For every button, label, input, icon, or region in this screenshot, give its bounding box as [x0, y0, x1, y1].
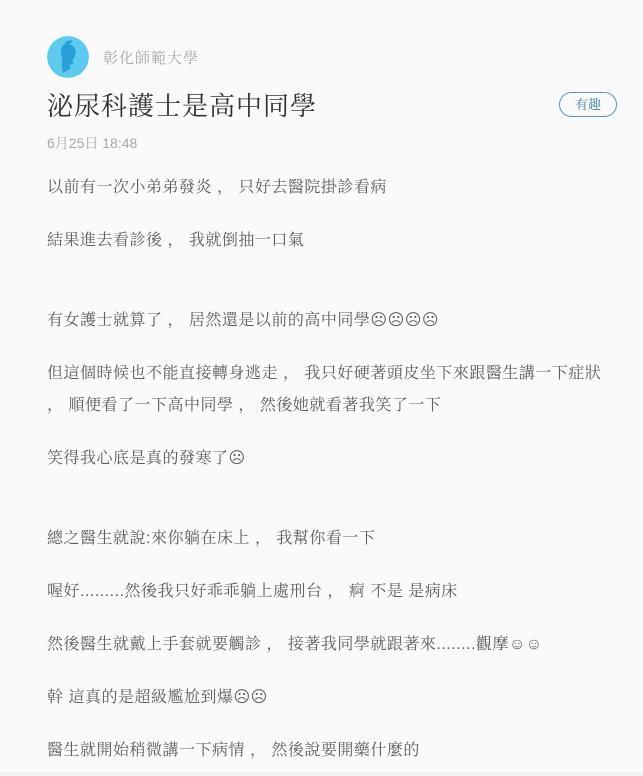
post-paragraph: 有女護士就算了 ， 居然還是以前的高中同學☹☹☹☹ — [47, 305, 619, 337]
post-paragraph: 幹 這真的是超級尷尬到爆☹☹ — [47, 682, 619, 714]
title-row: 泌尿科護士是高中同學 有趣 — [47, 88, 617, 124]
post-body: 以前有一次小弟弟發炎 ， 只好去醫院掛診看病 結果進去看診後 ， 我就倒抽一口氣… — [47, 172, 619, 767]
post-paragraph: 以前有一次小弟弟發炎 ， 只好去醫院掛診看病 — [47, 172, 619, 204]
school-name: 彰化師範大學 — [103, 47, 199, 68]
user-avatar[interactable] — [47, 36, 89, 78]
post-title: 泌尿科護士是高中同學 — [47, 88, 317, 124]
post-paragraph: 笑得我心底是真的發寒了☹ — [47, 443, 619, 475]
post-page: 彰化師範大學 泌尿科護士是高中同學 有趣 6月25日 18:48 以前有一次小弟… — [0, 0, 643, 776]
post-paragraph: 總之醫生就說:來你躺在床上 ， 我幫你看一下 — [47, 523, 619, 555]
topic-badge[interactable]: 有趣 — [559, 92, 617, 117]
post-paragraph: 喔好.........然後我只好乖乖躺上處刑台 ， 痾 不是 是病床 — [47, 576, 619, 608]
post-paragraph: 結果進去看診後 ， 我就倒抽一口氣 — [47, 225, 619, 257]
post-timestamp: 6月25日 18:48 — [47, 133, 617, 153]
section-divider — [0, 772, 643, 776]
person-profile-icon — [47, 36, 89, 78]
post-paragraph: 然後醫生就戴上手套就要觸診 ， 接著我同學就跟著來........觀摩☺☺ — [47, 629, 619, 661]
post-header: 彰化師範大學 — [47, 36, 617, 78]
post-paragraph: 但這個時候也不能直接轉身逃走 ， 我只好硬著頭皮坐下來跟醫生講一下症狀 ， 順便… — [47, 358, 619, 422]
post-paragraph: 醫生就開始稍微講一下病情 ， 然後說要開藥什麼的 — [47, 735, 619, 767]
